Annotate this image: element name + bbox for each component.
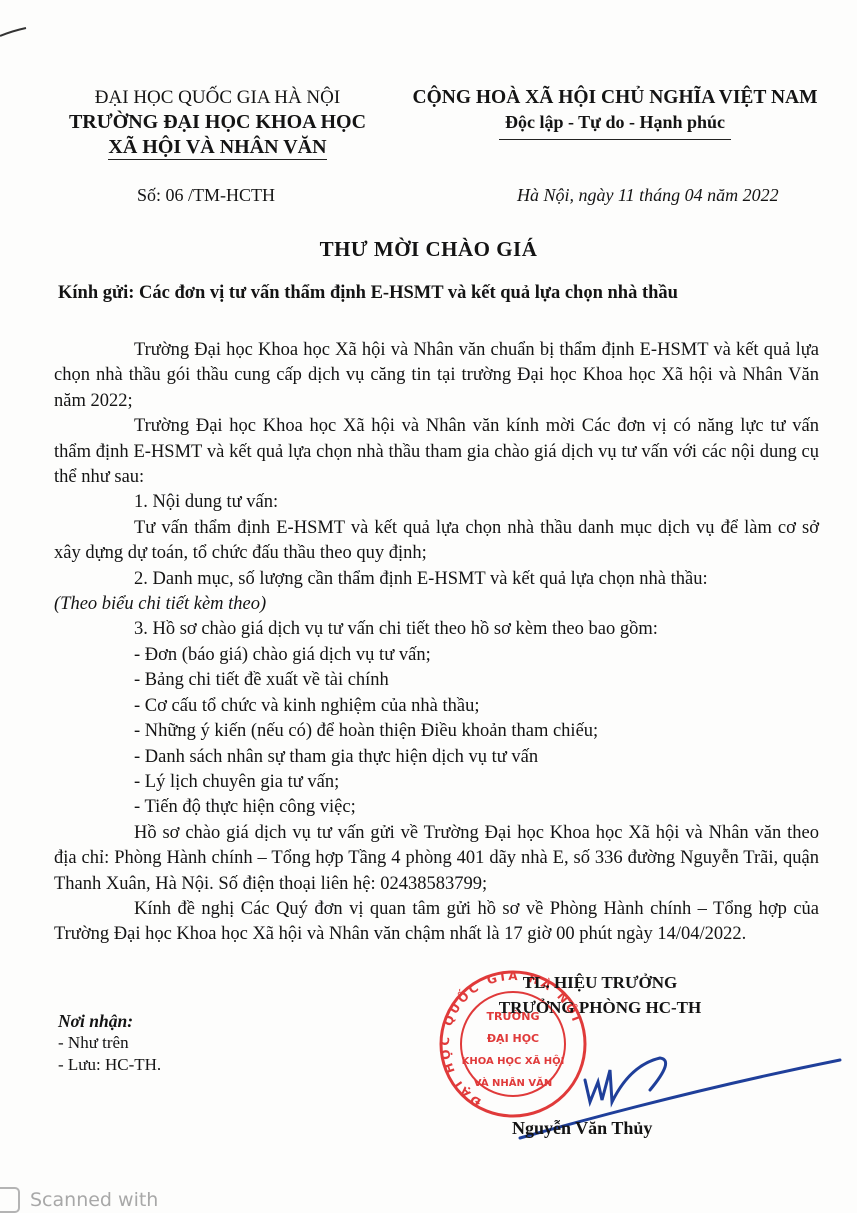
document-body: Trường Đại học Khoa học Xã hội và Nhân v… — [54, 338, 819, 948]
issuer-header: ĐẠI HỌC QUỐC GIA HÀ NỘI TRƯỜNG ĐẠI HỌC K… — [50, 85, 385, 160]
list-item: - Đơn (báo giá) chào giá dịch vụ tư vấn; — [54, 643, 819, 668]
section-2-note: (Theo biểu chi tiết kèm theo) — [54, 592, 819, 617]
signature-block: TL. HIỆU TRƯỞNG TRƯỞNG PHÒNG HC-TH — [470, 970, 730, 1020]
list-item: - Cơ cấu tổ chức và kinh nghiệm của nhà … — [54, 694, 819, 719]
recipients-block: Nơi nhận: - Như trên - Lưu: HC-TH. — [58, 1010, 161, 1076]
list-item: - Lý lịch chuyên gia tư vấn; — [54, 770, 819, 795]
addressee: Kính gửi: Các đơn vị tư vấn thẩm định E-… — [58, 283, 678, 304]
national-title: CỘNG HOÀ XÃ HỘI CHỦ NGHĨA VIỆT NAM — [385, 85, 845, 110]
section-3-title: 3. Hồ sơ chào giá dịch vụ tư vấn chi tiế… — [54, 617, 819, 642]
recipient-item: - Như trên — [58, 1032, 161, 1054]
scanner-watermark: Scanned with — [0, 1187, 158, 1213]
place-date: Hà Nội, ngày 11 tháng 04 năm 2022 — [517, 185, 779, 206]
list-item: - Bảng chi tiết đề xuất về tài chính — [54, 668, 819, 693]
list-item: - Tiến độ thực hiện công việc; — [54, 795, 819, 820]
scanner-app-icon — [0, 1187, 20, 1213]
national-header: CỘNG HOÀ XÃ HỘI CHỦ NGHĨA VIỆT NAM Độc l… — [385, 85, 845, 140]
issuer-name-line1: TRƯỜNG ĐẠI HỌC KHOA HỌC — [50, 110, 385, 135]
document-title: THƯ MỜI CHÀO GIÁ — [0, 237, 857, 262]
section-1-text: Tư vấn thẩm định E-HSMT và kết quả lựa c… — [54, 516, 819, 567]
recipients-heading: Nơi nhận: — [58, 1010, 161, 1032]
paragraph-deadline: Kính đề nghị Các Quý đơn vị quan tâm gửi… — [54, 897, 819, 948]
pen-stroke-mark — [0, 26, 28, 38]
document-number: Số: 06 /TM-HCTH — [137, 185, 275, 206]
section-1-title: 1. Nội dung tư vấn: — [54, 490, 819, 515]
paragraph-invitation: Trường Đại học Khoa học Xã hội và Nhân v… — [54, 414, 819, 490]
list-item: - Danh sách nhân sự tham gia thực hiện d… — [54, 745, 819, 770]
paragraph-intro: Trường Đại học Khoa học Xã hội và Nhân v… — [54, 338, 819, 414]
signer-name: Nguyễn Văn Thủy — [512, 1118, 652, 1139]
section-2-title: 2. Danh mục, số lượng cần thẩm định E-HS… — [54, 567, 819, 592]
national-motto: Độc lập - Tự do - Hạnh phúc — [499, 110, 731, 140]
watermark-text: Scanned with — [30, 1189, 158, 1211]
list-item: - Những ý kiến (nếu có) để hoàn thiện Đi… — [54, 719, 819, 744]
signature-authority: TL. HIỆU TRƯỞNG — [470, 970, 730, 995]
issuer-name-line2: XÃ HỘI VÀ NHÂN VĂN — [50, 135, 385, 160]
recipient-item: - Lưu: HC-TH. — [58, 1054, 161, 1076]
paragraph-address: Hồ sơ chào giá dịch vụ tư vấn gửi về Trư… — [54, 821, 819, 897]
signature-title: TRƯỞNG PHÒNG HC-TH — [470, 995, 730, 1020]
issuer-parent: ĐẠI HỌC QUỐC GIA HÀ NỘI — [50, 85, 385, 110]
